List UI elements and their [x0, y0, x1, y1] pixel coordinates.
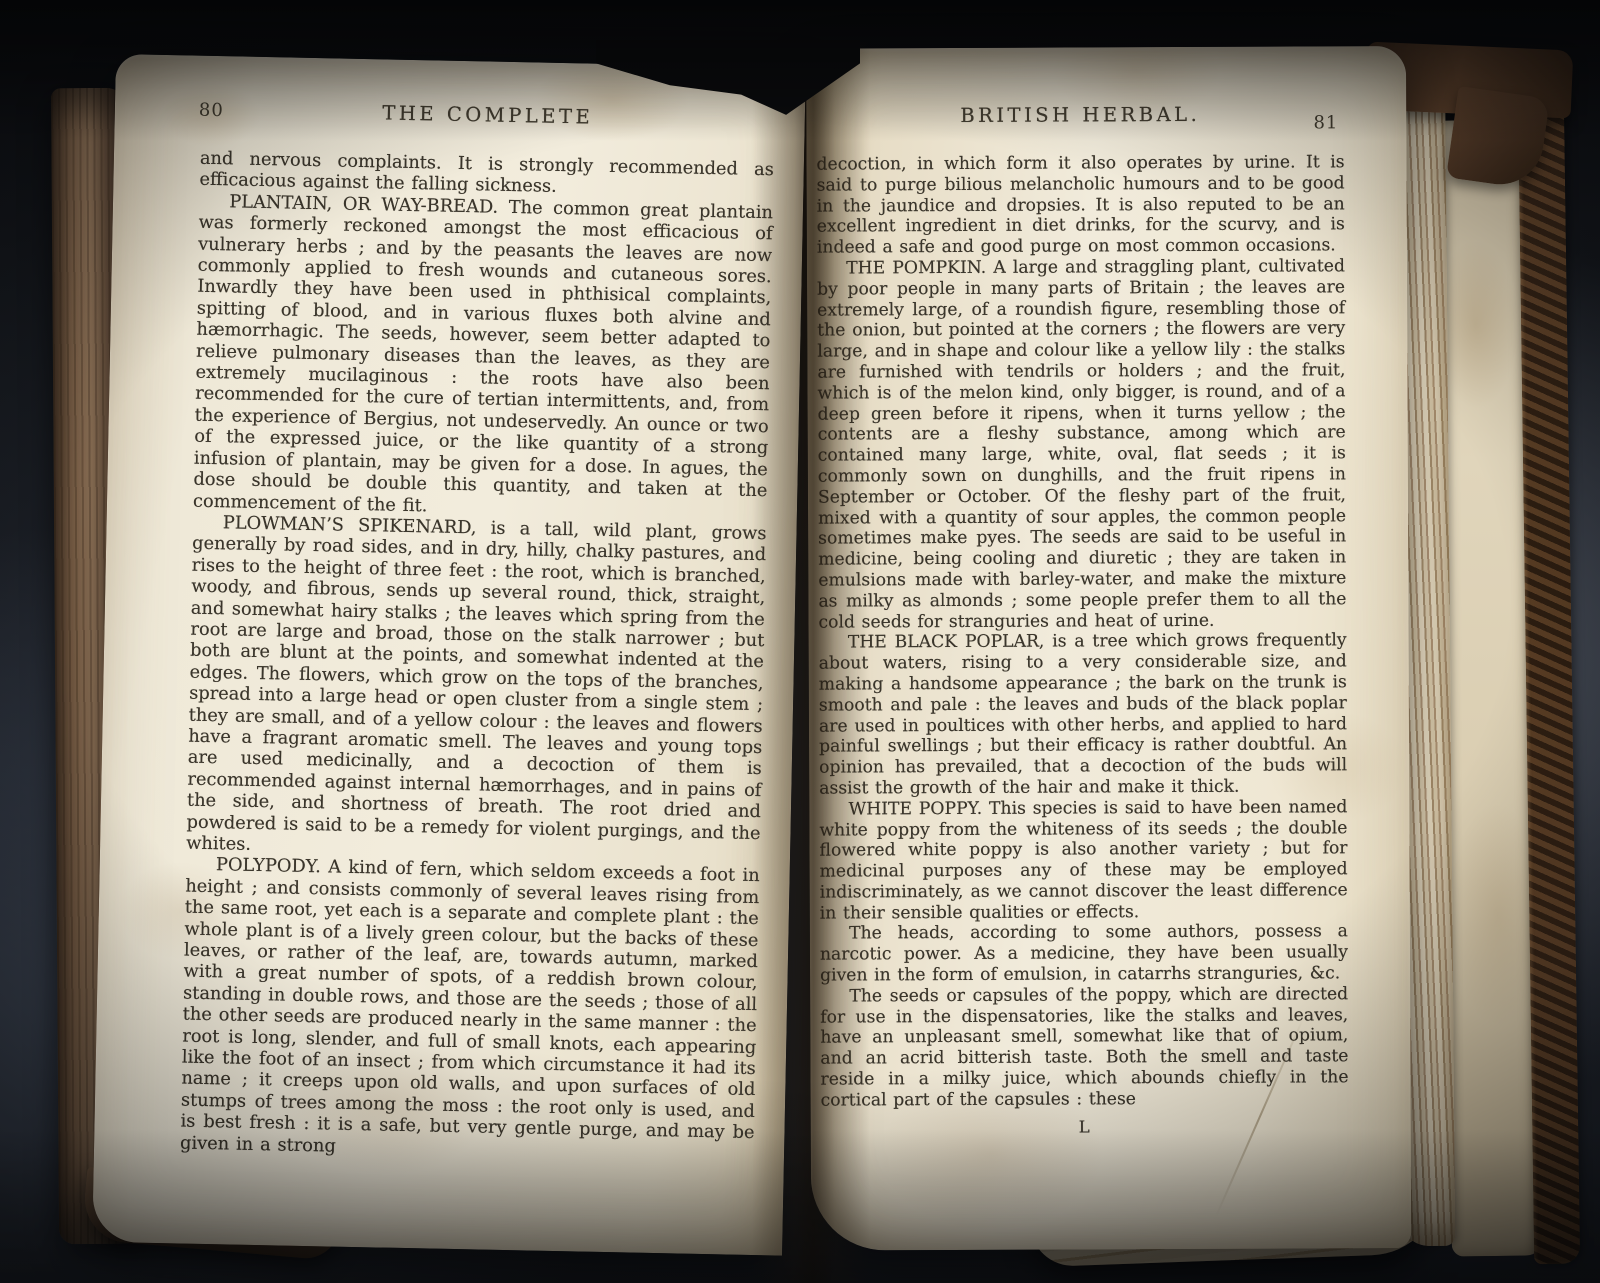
- page-left: 80 THE COMPLETE and nervous complaints. …: [92, 54, 806, 1256]
- page-body-left: and nervous complaints. It is strongly r…: [180, 148, 774, 1165]
- paragraph-pompkin: THE POMPKIN. A large and straggling plan…: [817, 256, 1347, 633]
- paragraph-black-poplar: THE BLACK POPLAR, is a tree which grows …: [819, 631, 1348, 800]
- book-photo: BRITISH HERBAL. 81 decoction, in which f…: [0, 0, 1600, 1283]
- page-number-right: 81: [1313, 112, 1338, 133]
- paragraph-white-poppy: WHITE POPPY. This species is said to hav…: [819, 797, 1348, 924]
- page-body-right: decoction, in which form it also operate…: [816, 152, 1348, 1139]
- running-head-left: THE COMPLETE: [201, 98, 775, 133]
- paragraph-continuation-decoction: decoction, in which form it also operate…: [816, 152, 1344, 258]
- signature-mark: L: [821, 1116, 1349, 1139]
- page-header-right: BRITISH HERBAL. 81: [816, 102, 1344, 130]
- running-head-right: BRITISH HERBAL.: [816, 102, 1344, 127]
- paragraph-poppy-heads: The heads, according to some authors, po…: [820, 922, 1348, 987]
- paragraph-plowmans-spikenard: PLOWMAN’S SPIKENARD, is a tall, wild pla…: [186, 512, 767, 866]
- page-header-left: 80 THE COMPLETE: [201, 98, 775, 136]
- paragraph-plantain: PLANTAIN, OR WAY-BREAD. The common great…: [193, 191, 773, 524]
- page-number-left: 80: [199, 100, 224, 121]
- page-right: BRITISH HERBAL. 81 decoction, in which f…: [806, 46, 1411, 1251]
- paragraph-polypody: POLYPODY. A kind of fern, which seldom e…: [180, 854, 760, 1165]
